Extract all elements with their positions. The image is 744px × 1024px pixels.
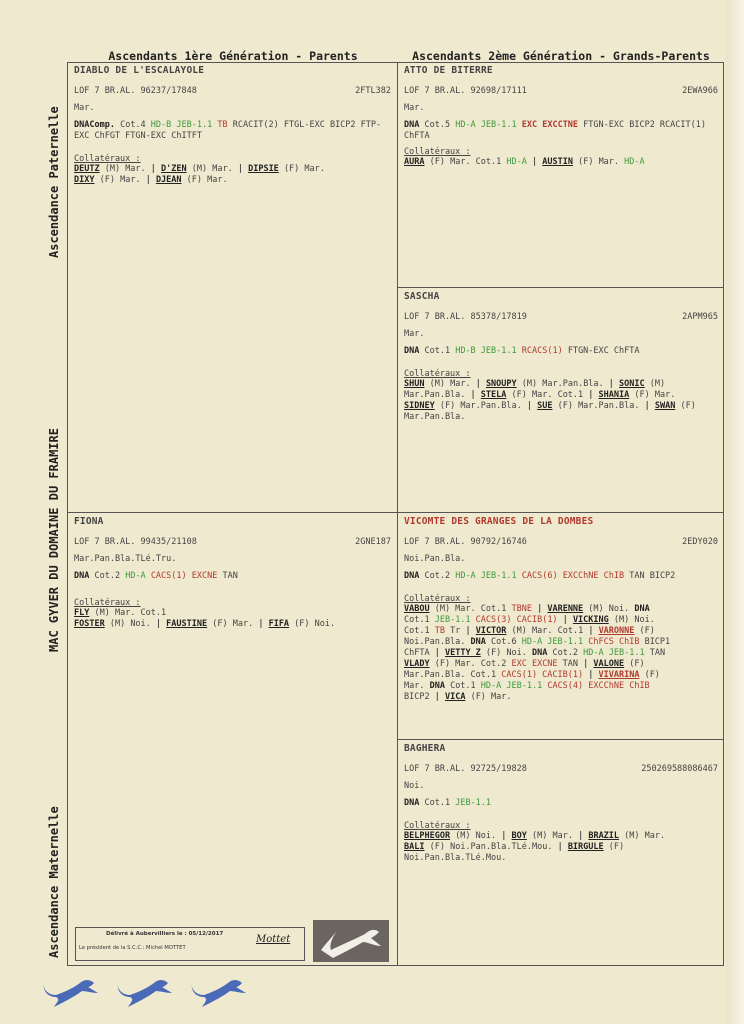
mother-collaterals: FLY (M) Mar. Cot.1 FOSTER (M) Noi. | FAU… [74,608,391,630]
collateral-name[interactable]: VICKING [573,615,609,625]
leaping-dog-icon [188,975,250,1009]
collateral-info: (F) Mar. [187,175,228,185]
pat-grandfather-id: 2EWA966 [682,86,718,96]
collateral-info: (F) Mar. [212,619,253,629]
father-registry: LOF 7 BR.AL. 96237/17848 [74,86,197,96]
dna-award: EXC EXCCTNE [522,120,578,130]
mat-grandfather-card: VICOMTE DES GRANGES DE LA DOMBES LOF 7 B… [398,514,724,703]
collateral-info: (F) Mar.Pan.Bla. [440,401,522,411]
collateral-name[interactable]: VABOU [404,604,430,614]
column-header-parents: Ascendants 1ère Génération - Parents [68,49,398,63]
mother-registry: LOF 7 BR.AL. 99435/21108 [74,537,197,547]
mat-grandfather-id: 2EDY020 [682,537,718,547]
collateral-info: (M) Mar. [192,164,233,174]
leaping-dog-icon [40,975,102,1009]
collateral-name[interactable]: SIDNEY [404,401,435,411]
pat-grandfather-card: ATTO DE BITERRE LOF 7 BR.AL. 92698/17111… [398,63,724,168]
dna-award: RCACS(1) [522,346,563,356]
collateral-info: (M) Mar.Pan.Bla. [522,379,604,389]
collateral-name[interactable]: BOY [512,831,527,841]
collateral-name[interactable]: SONIC [619,379,645,389]
mother-registration: LOF 7 BR.AL. 99435/21108 2GNE187 [74,537,391,547]
dna-titles: FTGN-EXC ChFTA [568,346,640,356]
collateral-name[interactable]: VICTOR [476,626,507,636]
president-line: Le président de la S.C.C.: Michel MOTTET [79,945,186,951]
dna-cot: Cot.1 [424,346,450,356]
collateral-name[interactable]: VICA [445,692,465,702]
signature: Mottet [256,934,290,945]
pat-grandfather-collaterals: AURA (F) Mar. Cot.1 HD-A | AUSTIN (F) Ma… [404,157,718,168]
mat-grandfather-registration: LOF 7 BR.AL. 90792/16746 2EDY020 [404,537,718,547]
delivery-line: Délivré à Aubervilliers le : 05/12/2017 [106,931,223,937]
pat-grandfather-name: ATTO DE BITERRE [404,65,718,78]
row-divider-pat-grandparents [397,287,724,288]
collateral-name[interactable]: FAUSTINE [166,619,207,629]
mat-grandmother-collaterals: BELPHEGOR (M) Noi. | BOY (M) Mar. | BRAZ… [404,831,718,864]
collateral-info: (F) Noi.Pan.Bla.TLé.Mou. [430,842,553,852]
mother-name: FIONA [74,516,391,529]
collateral-info: (F) Noi. [294,619,335,629]
collateral-name[interactable]: BELPHEGOR [404,831,450,841]
row-divider-parents [67,512,724,513]
pat-grandmother-name: SASCHA [404,291,718,304]
dna-award: TB [217,120,227,130]
dna-health: JEB-1.1 [455,798,491,808]
mat-grandmother-color: Noi. [404,781,718,791]
collateral-name[interactable]: FIFA [269,619,289,629]
collateral-name[interactable]: FLY [74,608,89,618]
mat-grandfather-color: Noi.Pan.Bla. [404,554,718,564]
dna-health: HD-A [125,571,145,581]
collateral-name[interactable]: SWAN [655,401,675,411]
father-color: Mar. [74,103,391,113]
collateral-line: BICP2 | VICA (F) Mar. [404,692,718,703]
collateral-name[interactable]: SHUN [404,379,424,389]
mother-id: 2GNE187 [355,537,391,547]
collateral-name[interactable]: VARONNE [599,626,635,636]
dna-label: DNA [404,120,419,130]
dna-cot: Cot.4 [120,120,146,130]
collateral-info: (M) Noi. [110,619,151,629]
collateral-line: VLADY (F) Mar. Cot.2 EXC EXCNE TAN | VAL… [404,659,718,670]
collateral-line: VABOU (M) Mar. Cot.1 TBNE | VARENNE (M) … [404,604,718,615]
pat-grandfather-collaterals-title: Collatéraux : [404,147,718,157]
collateral-info: (F) Mar. Cot.1 [512,390,584,400]
side-label-subject: MAC GYVER DU DOMAINE DU FRAMIRE [47,428,61,652]
pat-grandfather-registration: LOF 7 BR.AL. 92698/17111 2EWA966 [404,86,718,96]
scc-logo [313,920,389,962]
mother-color: Mar.Pan.Bla.TLé.Tru. [74,554,391,564]
collateral-info: (M) Mar. [430,379,471,389]
mat-grandfather-dna: DNA Cot.2 HD-A JEB-1.1 CACS(6) EXCChNE C… [404,571,718,582]
collateral-name[interactable]: VIVARINA [599,670,640,680]
collateral-info: (M) Mar. [532,831,573,841]
dna-cot: Cot.1 [424,798,450,808]
side-label-maternal: Ascendance Maternelle [47,806,61,958]
father-name: DIABLO DE L'ESCALAYOLE [74,65,391,78]
collateral-info: (F) Mar. [634,390,675,400]
dna-award: CACS(6) EXCChNE ChIB [522,571,624,581]
dna-health: HD-B JEB-1.1 [455,346,516,356]
dna-award: CACS(1) EXCNE [151,571,218,581]
father-collaterals: DEUTZ (M) Mar. | D'ZEN (M) Mar. | DIPSIE… [74,164,391,186]
collateral-line: Cot.1 TB Tr | VICTOR (M) Mar. Cot.1 | VA… [404,626,718,637]
mat-grandmother-dna: DNA Cot.1 JEB-1.1 [404,798,718,809]
collateral-name[interactable]: VALONE [593,659,624,669]
collateral-name[interactable]: SUE [537,401,552,411]
footer-logos [40,975,250,1009]
father-id: 2FTL382 [355,86,391,96]
collateral-name[interactable]: BIRGULE [568,842,604,852]
father-registration: LOF 7 BR.AL. 96237/17848 2FTL382 [74,86,391,96]
mat-grandmother-id: 250269588086467 [641,764,718,774]
collateral-line: Cot.1 JEB-1.1 CACS(3) CACIB(1) | VICKING… [404,615,718,626]
collateral-line: Noi.Pan.Bla. DNA Cot.6 HD-A JEB-1.1 ChFC… [404,637,718,648]
mother-card: FIONA LOF 7 BR.AL. 99435/21108 2GNE187 M… [68,514,397,630]
dna-cot: Cot.2 [424,571,450,581]
collateral-name[interactable]: FOSTER [74,619,105,629]
collateral-line: ChFTA | VETTY Z (F) Noi. DNA Cot.2 HD-A … [404,648,718,659]
row-divider-mat-grandparents [397,739,724,740]
collateral-info: (F) Mar. [100,175,141,185]
pat-grandmother-dna: DNA Cot.1 HD-B JEB-1.1 RCACS(1) FTGN-EXC… [404,346,718,357]
pat-grandfather-dna: DNA Cot.5 HD-A JEB-1.1 EXC EXCCTNE FTGN-… [404,120,718,142]
pat-grandmother-registry: LOF 7 BR.AL. 85378/17819 [404,312,527,322]
father-dna: DNAComp. Cot.4 HD-B JEB-1.1 TB RCACIT(2)… [74,120,391,142]
dna-health: HD-A JEB-1.1 [455,120,516,130]
collateral-name[interactable]: DIXY [74,175,94,185]
collateral-name[interactable]: DJEAN [156,175,182,185]
collateral-line: Mar. DNA Cot.1 HD-A JEB-1.1 CACS(4) EXCC… [404,681,718,692]
father-collaterals-title: Collatéraux : [74,154,391,164]
dna-label: DNA [404,346,419,356]
page-edge [726,0,744,1024]
mat-grandfather-name: VICOMTE DES GRANGES DE LA DOMBES [404,516,718,529]
pat-grandmother-registration: LOF 7 BR.AL. 85378/17819 2APM965 [404,312,718,322]
dna-cot: Cot.5 [424,120,450,130]
mat-grandfather-collaterals: VABOU (M) Mar. Cot.1 TBNE | VARENNE (M) … [404,604,718,703]
collateral-name[interactable]: BALI [404,842,424,852]
pat-grandmother-collaterals: SHUN (M) Mar. | SNOUPY (M) Mar.Pan.Bla. … [404,379,718,423]
collateral-name[interactable]: DEUTZ [74,164,100,174]
mother-collaterals-title: Collatéraux : [74,598,391,608]
pat-grandmother-color: Mar. [404,329,718,339]
mat-grandmother-collaterals-title: Collatéraux : [404,821,718,831]
collateral-health: HD-A [624,157,644,167]
column-header-grandparents: Ascendants 2ème Génération - Grands-Pare… [398,49,724,63]
collateral-info: (F) Mar.Pan.Bla. [558,401,640,411]
collateral-name[interactable]: VLADY [404,659,430,669]
pat-grandmother-collaterals-title: Collatéraux : [404,369,718,379]
mat-grandmother-registry: LOF 7 BR.AL. 92725/19828 [404,764,527,774]
collateral-info: (F) Mar. [578,157,619,167]
mat-grandmother-card: BAGHERA LOF 7 BR.AL. 92725/19828 2502695… [398,741,724,864]
collateral-name[interactable]: BRAZIL [588,831,619,841]
collateral-info: (M) Noi. [455,831,496,841]
leaping-dog-icon [313,920,389,962]
collateral-name[interactable]: SHANIA [599,390,630,400]
collateral-info: (F) Mar. [284,164,325,174]
mother-dna: DNA Cot.2 HD-A CACS(1) EXCNE TAN [74,571,391,582]
pat-grandfather-color: Mar. [404,103,718,113]
collateral-health: HD-A [506,157,526,167]
leaping-dog-icon [114,975,176,1009]
collateral-name[interactable]: AUSTIN [542,157,573,167]
dna-label: DNA [74,571,89,581]
collateral-info: (M) Mar. [624,831,665,841]
father-card: DIABLO DE L'ESCALAYOLE LOF 7 BR.AL. 9623… [68,63,397,186]
certificate-box: Délivré à Aubervilliers le : 05/12/2017 … [75,927,305,961]
dna-health: HD-A JEB-1.1 [455,571,516,581]
dna-label: DNA [404,798,419,808]
collateral-line: Mar.Pan.Bla. Cot.1 CACS(1) CACIB(1) | VI… [404,670,718,681]
dna-titles: TAN BICP2 [629,571,675,581]
dna-health: HD-B JEB-1.1 [151,120,212,130]
pat-grandmother-id: 2APM965 [682,312,718,322]
pat-grandfather-registry: LOF 7 BR.AL. 92698/17111 [404,86,527,96]
mat-grandfather-collaterals-title: Collatéraux : [404,594,718,604]
collateral-name[interactable]: AURA [404,157,424,167]
mat-grandmother-registration: LOF 7 BR.AL. 92725/19828 250269588086467 [404,764,718,774]
collateral-info: (M) Mar. Cot.1 [94,608,166,618]
collateral-info: (F) Mar. Cot.1 [430,157,502,167]
mat-grandmother-name: BAGHERA [404,743,718,756]
collateral-name[interactable]: VARENNE [547,604,583,614]
collateral-name[interactable]: D'ZEN [161,164,187,174]
pat-grandmother-card: SASCHA LOF 7 BR.AL. 85378/17819 2APM965 … [398,289,724,423]
collateral-name[interactable]: DIPSIE [248,164,279,174]
dna-titles: TAN [222,571,237,581]
dna-cot: Cot.2 [94,571,120,581]
collateral-name[interactable]: VETTY Z [445,648,481,658]
collateral-name[interactable]: STELA [481,390,507,400]
collateral-info: (M) Mar. [105,164,146,174]
mat-grandfather-registry: LOF 7 BR.AL. 90792/16746 [404,537,527,547]
side-label-paternal: Ascendance Paternelle [47,106,61,258]
dna-label: DNA [404,571,419,581]
collateral-name[interactable]: SNOUPY [486,379,517,389]
dna-label: DNAComp. [74,120,115,130]
